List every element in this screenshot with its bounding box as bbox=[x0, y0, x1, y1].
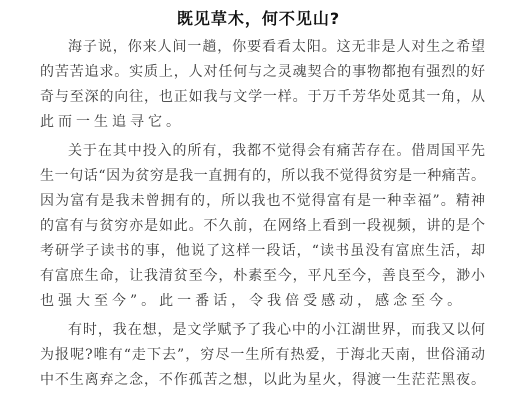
paragraph-1-line-3: 奇与至深的向往，也正如我与文学一样。于万千芳华处觅其一角，从 bbox=[40, 87, 485, 107]
paragraph-1-line-4: 此而一生追寻它。 bbox=[40, 112, 485, 132]
paragraph-2-line-3: 因为富有是我未曾拥有的，所以我也不觉得富有是一种幸福”。精神 bbox=[40, 191, 485, 211]
paragraph-1-line-2: 的苦苦追求。实质上，人对任何与之灵魂契合的事物都抱有强烈的好 bbox=[40, 62, 485, 82]
document-title: 既见草木，何不见山? bbox=[0, 9, 517, 29]
paragraph-2-line-6: 有富庶生命，让我清贫至今，朴素至今，平凡至今，善良至今，渺小 bbox=[40, 266, 485, 286]
paragraph-2-line-5: 考研学子读书的事，他说了这样一段话，“读书虽没有富庶生活，却 bbox=[40, 241, 485, 261]
paragraph-2-line-2: 生一句话“因为贫穷是我一直拥有的，所以我不觉得贫穷是一种痛苦。 bbox=[40, 166, 485, 186]
paragraph-3-line-1: 有时，我在想，是文学赋予了我心中的小江湖世界，而我又以何 bbox=[68, 320, 485, 340]
paragraph-2-line-1: 关于在其中投入的所有，我都不觉得会有痛苦存在。借周国平先 bbox=[68, 141, 485, 161]
paragraph-3-line-2: 为报呢?唯有“走下去”，穷尽一生所有热爱，于海北天南，世俗涌动 bbox=[40, 345, 485, 365]
paragraph-1-line-1: 海子说，你来人间一趟，你要看看太阳。这无非是人对生之希望 bbox=[68, 37, 485, 57]
paragraph-2-line-7: 也强大至今”。此一番话，令我倍受感动，感念至今。 bbox=[40, 291, 485, 311]
paragraph-3-line-3: 中不生离弃之念，不作孤苦之想，以此为星火，得渡一生茫茫黑夜。 bbox=[40, 370, 485, 390]
paragraph-2-line-4: 的富有与贫穷亦是如此。不久前，在网络上看到一段视频，讲的是个 bbox=[40, 216, 485, 236]
document-page: 既见草木，何不见山? 海子说，你来人间一趟，你要看看太阳。这无非是人对生之希望 … bbox=[0, 0, 517, 396]
